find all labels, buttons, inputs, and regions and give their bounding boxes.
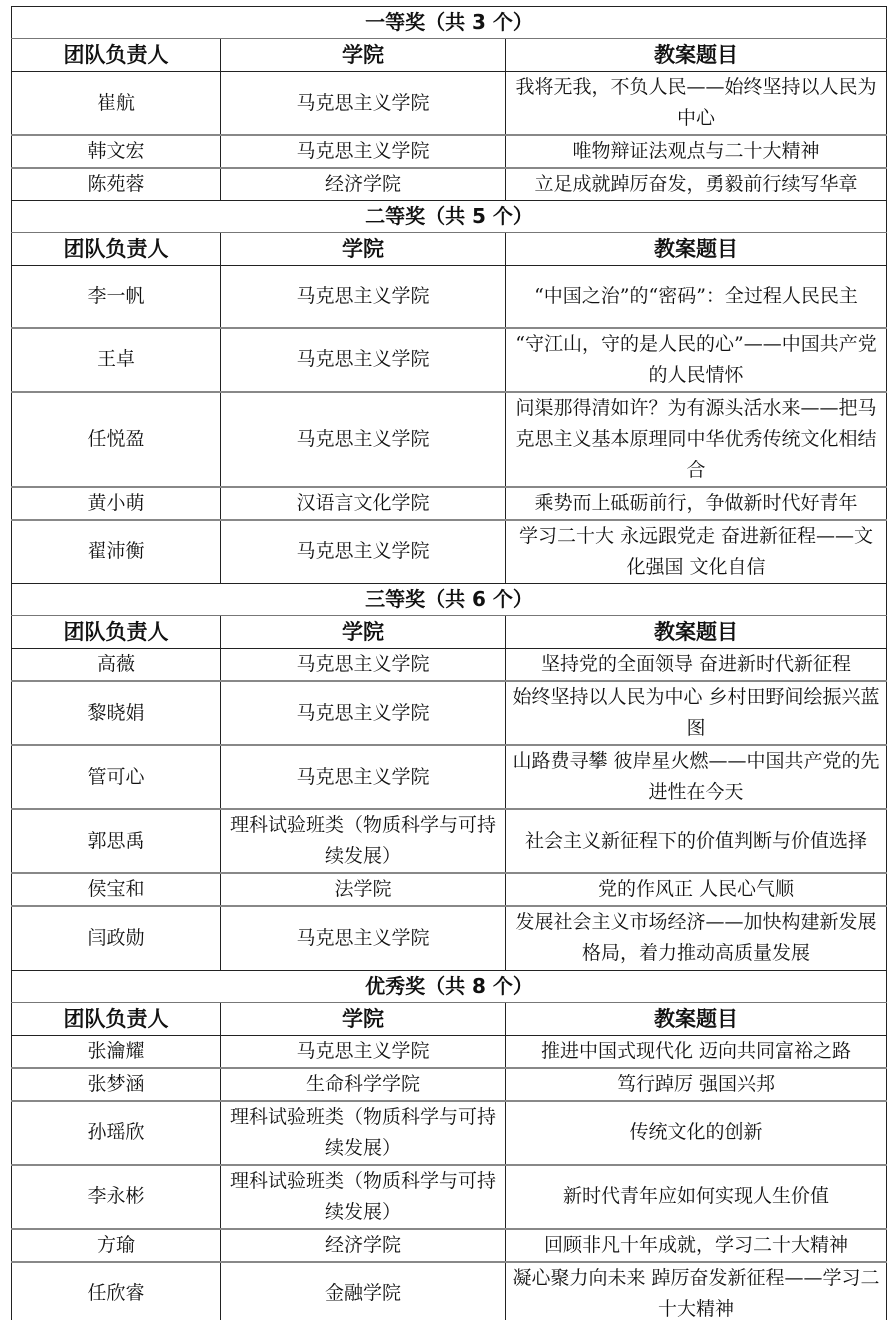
- topic-cell: 凝心聚力向未来 踔厉奋发新征程——学习二十大精神: [506, 1262, 887, 1320]
- leader-cell: 张梦涵: [12, 1068, 221, 1101]
- leader-cell: 任悦盈: [12, 392, 221, 487]
- topic-cell: 社会主义新征程下的价值判断与价值选择: [506, 809, 887, 873]
- leader-cell: 李一帆: [12, 266, 221, 328]
- section-title: 优秀奖（共 8 个）: [12, 970, 887, 1002]
- section-title: 三等奖（共 6 个）: [12, 584, 887, 616]
- section-title-row: 二等奖（共 5 个）: [12, 201, 887, 233]
- leader-cell: 张瀹耀: [12, 1035, 221, 1068]
- college-cell: 马克思主义学院: [221, 906, 506, 970]
- college-cell: 经济学院: [221, 1229, 506, 1262]
- college-cell: 法学院: [221, 873, 506, 906]
- column-header-leader: 团队负责人: [12, 616, 221, 649]
- college-cell: 马克思主义学院: [221, 266, 506, 328]
- table-row: 张梦涵生命科学学院笃行踔厉 强国兴邦: [12, 1068, 887, 1101]
- topic-cell: 学习二十大 永远跟党走 奋进新征程——文化强国 文化自信: [506, 520, 887, 584]
- leader-cell: 翟沛衡: [12, 520, 221, 584]
- college-cell: 理科试验班类（物质科学与可持续发展）: [221, 1101, 506, 1165]
- topic-cell: 坚持党的全面领导 奋进新时代新征程: [506, 649, 887, 682]
- column-header-row: 团队负责人学院教案题目: [12, 1002, 887, 1035]
- section-title-row: 三等奖（共 6 个）: [12, 584, 887, 616]
- leader-cell: 方瑜: [12, 1229, 221, 1262]
- topic-cell: “中国之治”的“密码”：全过程人民民主: [506, 266, 887, 328]
- table-row: 黎晓娟马克思主义学院始终坚持以人民为中心 乡村田野间绘振兴蓝图: [12, 681, 887, 745]
- column-header-topic: 教案题目: [506, 616, 887, 649]
- awards-table: 一等奖（共 3 个）团队负责人学院教案题目崔航马克思主义学院我将无我，不负人民—…: [11, 6, 887, 1320]
- college-cell: 马克思主义学院: [221, 681, 506, 745]
- college-cell: 理科试验班类（物质科学与可持续发展）: [221, 1165, 506, 1229]
- college-cell: 理科试验班类（物质科学与可持续发展）: [221, 809, 506, 873]
- college-cell: 汉语言文化学院: [221, 487, 506, 520]
- college-cell: 马克思主义学院: [221, 392, 506, 487]
- column-header-row: 团队负责人学院教案题目: [12, 616, 887, 649]
- topic-cell: 唯物辩证法观点与二十大精神: [506, 135, 887, 168]
- table-row: 张瀹耀马克思主义学院推进中国式现代化 迈向共同富裕之路: [12, 1035, 887, 1068]
- awards-table-body: 一等奖（共 3 个）团队负责人学院教案题目崔航马克思主义学院我将无我，不负人民—…: [12, 7, 887, 1320]
- section-title: 一等奖（共 3 个）: [12, 7, 887, 39]
- topic-cell: 发展社会主义市场经济——加快构建新发展格局，着力推动高质量发展: [506, 906, 887, 970]
- college-cell: 马克思主义学院: [221, 328, 506, 392]
- topic-cell: 党的作风正 人民心气顺: [506, 873, 887, 906]
- table-row: 崔航马克思主义学院我将无我，不负人民——始终坚持以人民为中心: [12, 72, 887, 136]
- column-header-college: 学院: [221, 233, 506, 266]
- leader-cell: 闫政勋: [12, 906, 221, 970]
- table-row: 任悦盈马克思主义学院问渠那得清如许？为有源头活水来——把马克思主义基本原理同中华…: [12, 392, 887, 487]
- section-title: 二等奖（共 5 个）: [12, 201, 887, 233]
- table-row: 李一帆马克思主义学院“中国之治”的“密码”：全过程人民民主: [12, 266, 887, 328]
- leader-cell: 侯宝和: [12, 873, 221, 906]
- table-row: 黄小萌汉语言文化学院乘势而上砥砺前行，争做新时代好青年: [12, 487, 887, 520]
- table-row: 闫政勋马克思主义学院发展社会主义市场经济——加快构建新发展格局，着力推动高质量发…: [12, 906, 887, 970]
- table-row: 任欣睿金融学院凝心聚力向未来 踔厉奋发新征程——学习二十大精神: [12, 1262, 887, 1320]
- leader-cell: 崔航: [12, 72, 221, 136]
- column-header-leader: 团队负责人: [12, 1002, 221, 1035]
- college-cell: 马克思主义学院: [221, 649, 506, 682]
- leader-cell: 管可心: [12, 745, 221, 809]
- topic-cell: 乘势而上砥砺前行，争做新时代好青年: [506, 487, 887, 520]
- column-header-college: 学院: [221, 1002, 506, 1035]
- topic-cell: 推进中国式现代化 迈向共同富裕之路: [506, 1035, 887, 1068]
- leader-cell: 韩文宏: [12, 135, 221, 168]
- column-header-leader: 团队负责人: [12, 233, 221, 266]
- column-header-topic: 教案题目: [506, 1002, 887, 1035]
- leader-cell: 黄小萌: [12, 487, 221, 520]
- college-cell: 马克思主义学院: [221, 745, 506, 809]
- leader-cell: 孙瑶欣: [12, 1101, 221, 1165]
- column-header-topic: 教案题目: [506, 233, 887, 266]
- table-row: 王卓马克思主义学院“守江山，守的是人民的心”——中国共产党的人民情怀: [12, 328, 887, 392]
- topic-cell: 问渠那得清如许？为有源头活水来——把马克思主义基本原理同中华优秀传统文化相结合: [506, 392, 887, 487]
- table-row: 李永彬理科试验班类（物质科学与可持续发展）新时代青年应如何实现人生价值: [12, 1165, 887, 1229]
- column-header-topic: 教案题目: [506, 39, 887, 72]
- college-cell: 马克思主义学院: [221, 520, 506, 584]
- table-row: 孙瑶欣理科试验班类（物质科学与可持续发展）传统文化的创新: [12, 1101, 887, 1165]
- leader-cell: 王卓: [12, 328, 221, 392]
- college-cell: 生命科学学院: [221, 1068, 506, 1101]
- table-row: 管可心马克思主义学院山路费寻攀 彼岸星火燃——中国共产党的先进性在今天: [12, 745, 887, 809]
- section-title-row: 一等奖（共 3 个）: [12, 7, 887, 39]
- table-row: 韩文宏马克思主义学院唯物辩证法观点与二十大精神: [12, 135, 887, 168]
- topic-cell: 笃行踔厉 强国兴邦: [506, 1068, 887, 1101]
- topic-cell: 回顾非凡十年成就，学习二十大精神: [506, 1229, 887, 1262]
- college-cell: 马克思主义学院: [221, 1035, 506, 1068]
- topic-cell: 传统文化的创新: [506, 1101, 887, 1165]
- column-header-row: 团队负责人学院教案题目: [12, 233, 887, 266]
- topic-cell: 山路费寻攀 彼岸星火燃——中国共产党的先进性在今天: [506, 745, 887, 809]
- column-header-row: 团队负责人学院教案题目: [12, 39, 887, 72]
- table-row: 侯宝和法学院党的作风正 人民心气顺: [12, 873, 887, 906]
- column-header-college: 学院: [221, 39, 506, 72]
- college-cell: 经济学院: [221, 168, 506, 201]
- college-cell: 马克思主义学院: [221, 135, 506, 168]
- table-row: 郭思禹理科试验班类（物质科学与可持续发展）社会主义新征程下的价值判断与价值选择: [12, 809, 887, 873]
- topic-cell: 立足成就踔厉奋发，勇毅前行续写华章: [506, 168, 887, 201]
- table-row: 方瑜经济学院回顾非凡十年成就，学习二十大精神: [12, 1229, 887, 1262]
- leader-cell: 任欣睿: [12, 1262, 221, 1320]
- topic-cell: 新时代青年应如何实现人生价值: [506, 1165, 887, 1229]
- table-row: 翟沛衡马克思主义学院学习二十大 永远跟党走 奋进新征程——文化强国 文化自信: [12, 520, 887, 584]
- column-header-leader: 团队负责人: [12, 39, 221, 72]
- leader-cell: 黎晓娟: [12, 681, 221, 745]
- leader-cell: 李永彬: [12, 1165, 221, 1229]
- topic-cell: “守江山，守的是人民的心”——中国共产党的人民情怀: [506, 328, 887, 392]
- topic-cell: 始终坚持以人民为中心 乡村田野间绘振兴蓝图: [506, 681, 887, 745]
- college-cell: 马克思主义学院: [221, 72, 506, 136]
- leader-cell: 高薇: [12, 649, 221, 682]
- leader-cell: 陈苑蓉: [12, 168, 221, 201]
- section-title-row: 优秀奖（共 8 个）: [12, 970, 887, 1002]
- table-row: 高薇马克思主义学院坚持党的全面领导 奋进新时代新征程: [12, 649, 887, 682]
- column-header-college: 学院: [221, 616, 506, 649]
- table-row: 陈苑蓉经济学院立足成就踔厉奋发，勇毅前行续写华章: [12, 168, 887, 201]
- leader-cell: 郭思禹: [12, 809, 221, 873]
- topic-cell: 我将无我，不负人民——始终坚持以人民为中心: [506, 72, 887, 136]
- college-cell: 金融学院: [221, 1262, 506, 1320]
